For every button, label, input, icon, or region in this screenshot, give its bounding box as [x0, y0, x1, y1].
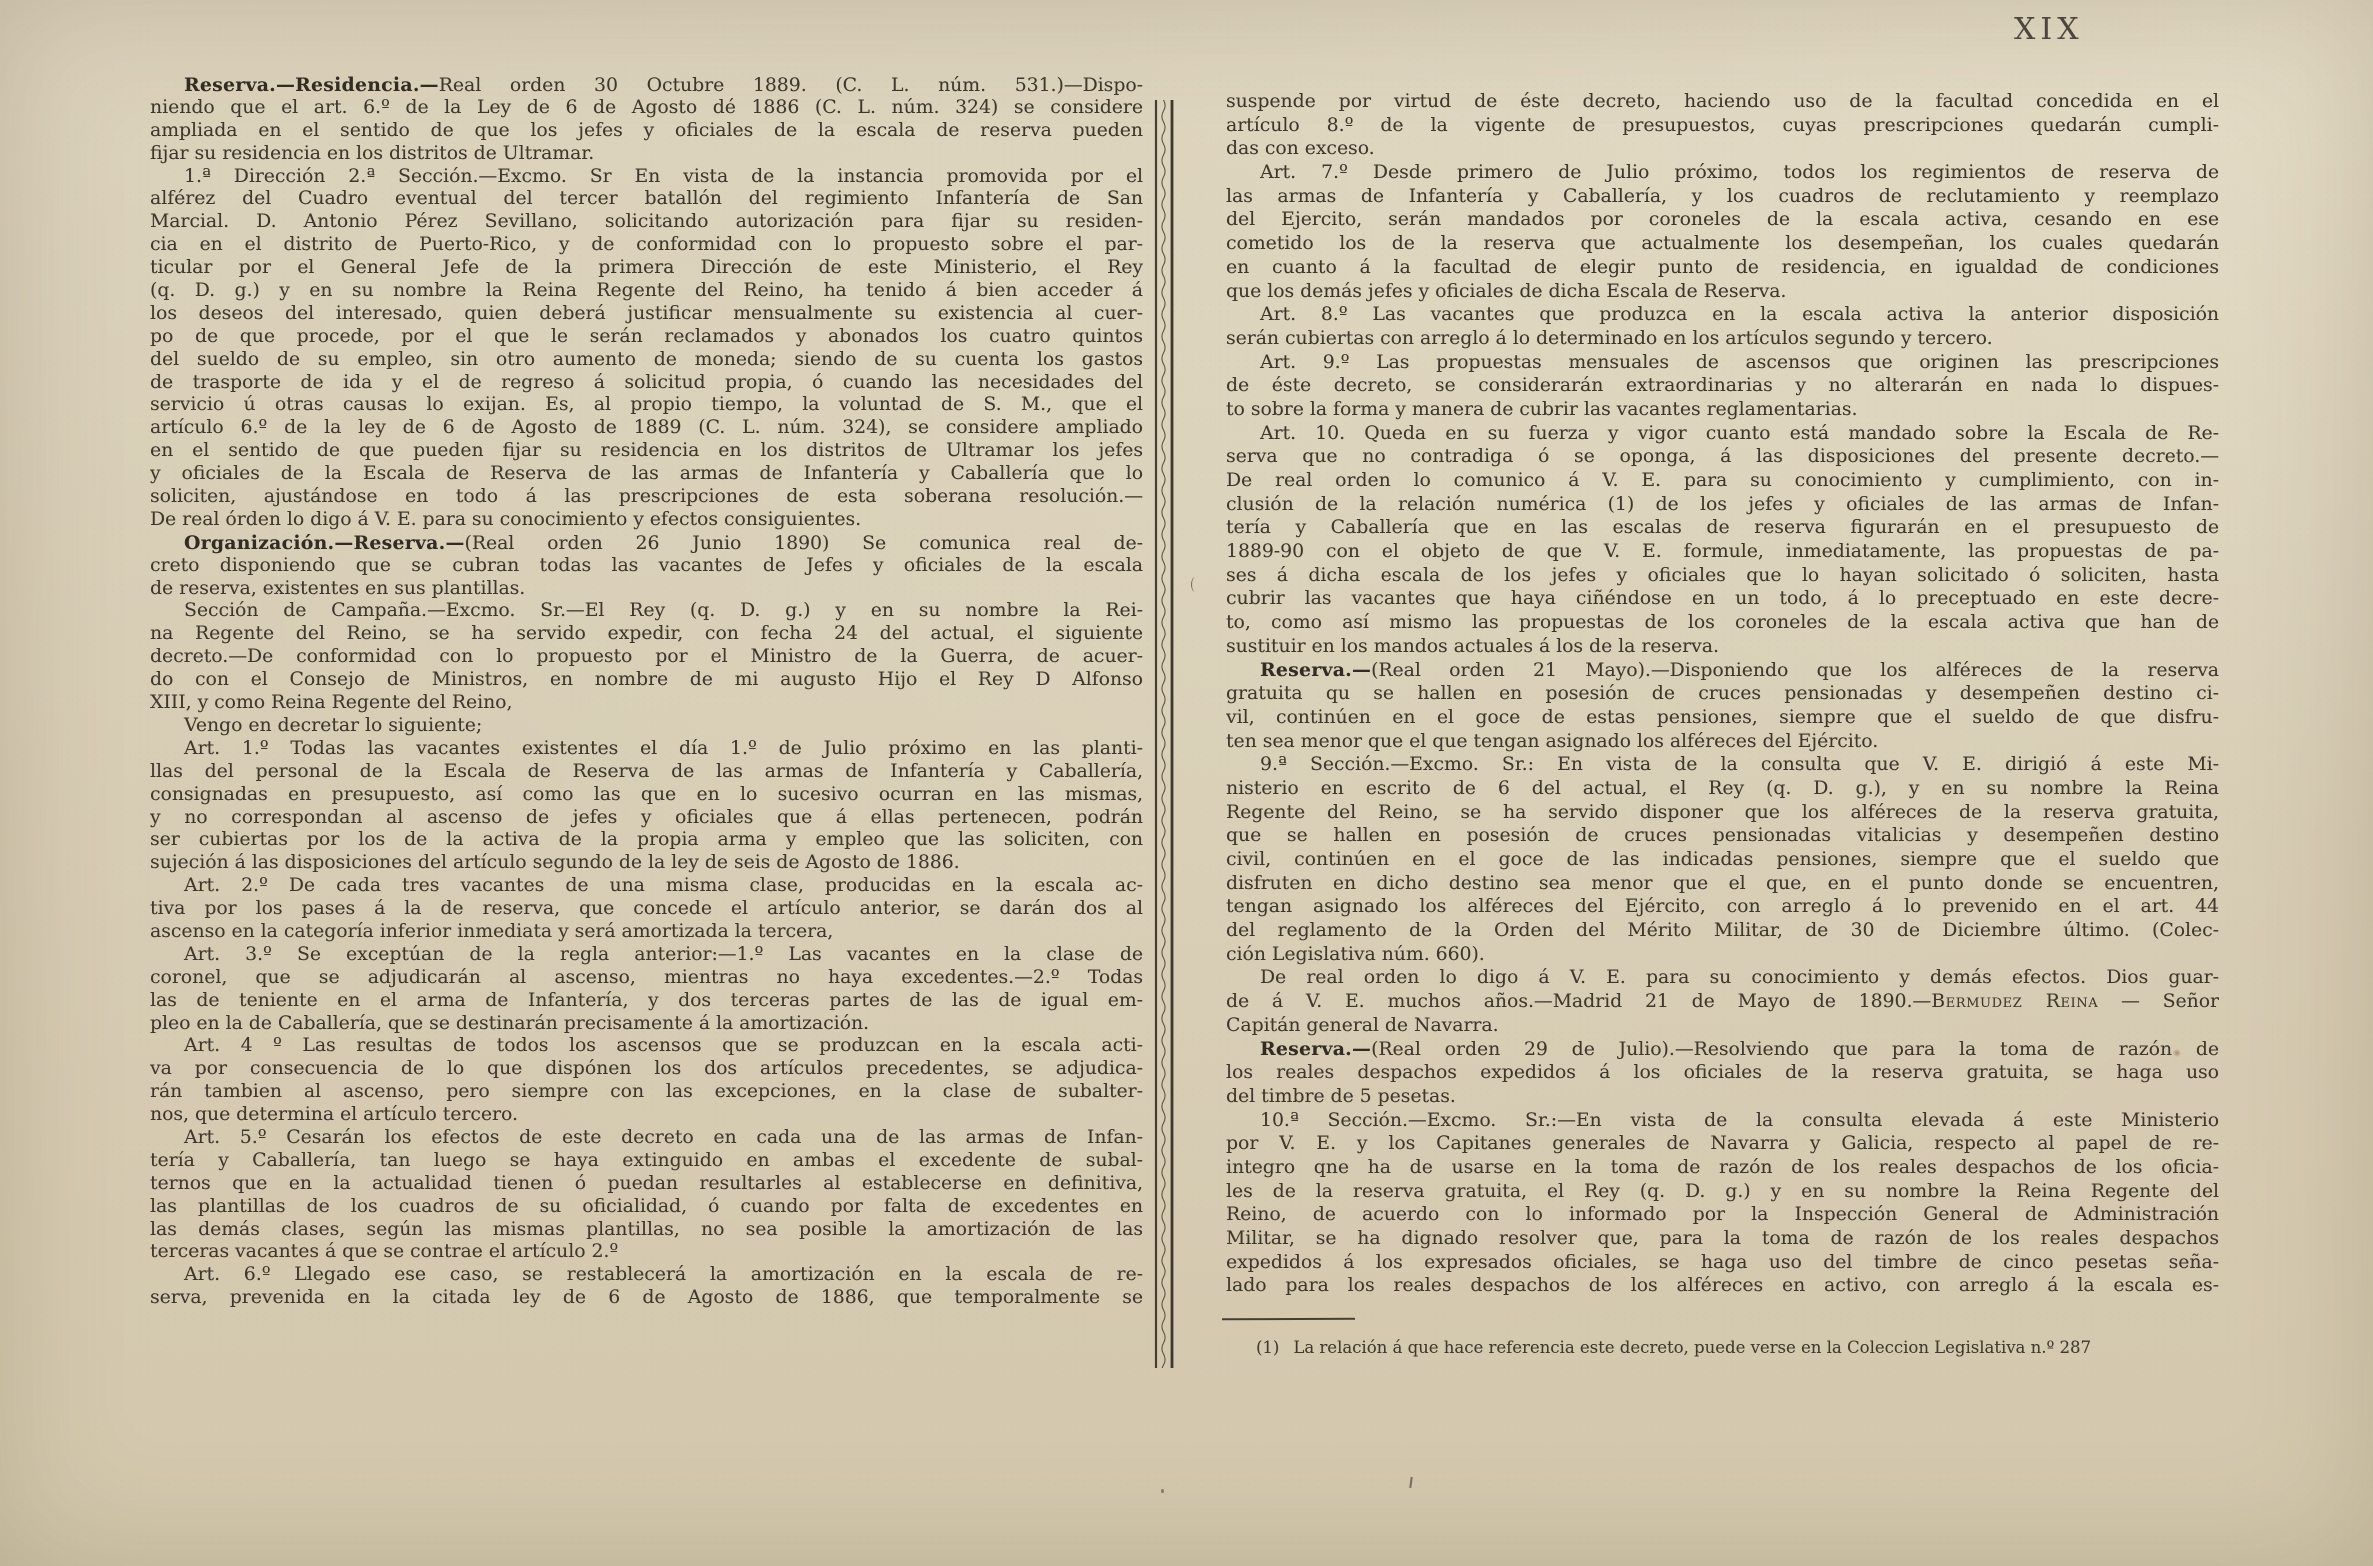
text-line: que los demás jefes y oficiales de dicha…	[1226, 280, 2219, 304]
text-line: Sección de Campaña.—Excmo. Sr.—El Rey (q…	[150, 600, 1143, 623]
text-line: disfruten en dicho destino sea menor que…	[1226, 872, 2219, 896]
text-line: los reales despachos expedidos á los ofi…	[1226, 1061, 2219, 1085]
paragraph: 10.ª Sección.—Excmo. Sr.:—En vista de la…	[1226, 1109, 2219, 1299]
text-line: Art. 1.º Todas las vacantes existentes e…	[150, 738, 1143, 761]
paragraph-lead: Reserva.—	[1260, 659, 1371, 681]
text-line: en cuanto á la facultad de elegir punto …	[1226, 256, 2219, 280]
text-line: 1.ª Dirección 2.ª Sección.—Excmo. Sr En …	[150, 166, 1143, 189]
text-line: serva, prevenida en la citada ley de 6 d…	[150, 1287, 1143, 1310]
text-line: consignadas en presupuesto, así como las…	[150, 784, 1143, 807]
text-line: y no correspondan al ascenso de jefes y …	[150, 807, 1143, 830]
text-line: po de que procede, por el que le serán r…	[150, 326, 1143, 349]
page-number: XIX	[2014, 12, 2084, 47]
text-line: cometido los de la reserva que actualmen…	[1226, 232, 2219, 256]
text-line: tengan asignado los alféreces del Ejérci…	[1226, 895, 2219, 919]
text-line: civil, continúen en el goce de las indic…	[1226, 848, 2219, 872]
paragraph: Art. 9.º Las propuestas mensuales de asc…	[1226, 351, 2219, 422]
text-line: nos, que determina el artículo tercero.	[150, 1104, 1143, 1127]
text-line: Capitán general de Navarra.	[1226, 1014, 2219, 1038]
double-rule-with-wavy-line	[1152, 100, 1176, 1368]
text-line: en el sentido de que pueden fijar su res…	[150, 440, 1143, 463]
text-line: to sobre la forma y manera de cubrir las…	[1226, 398, 2219, 422]
text-line: llas del personal de la Escala de Reserv…	[150, 761, 1143, 784]
small-caps-name: Bermudez Reina	[1931, 991, 2098, 1012]
text-line: las armas de Infantería y Caballería, y …	[1226, 185, 2219, 209]
text-line: na Regente del Reino, se ha servido expe…	[150, 623, 1143, 646]
text-line: De real orden lo comunico á V. E. para s…	[1226, 469, 2219, 493]
text-line: gratuita qu se hallen en posesión de cru…	[1226, 682, 2219, 706]
text-line: va por consecuencia de lo que dispónen l…	[150, 1058, 1143, 1081]
text-line: las de teniente en el arma de Infantería…	[150, 990, 1143, 1013]
text-line: Reserva.—(Real orden 21 Mayo).—Disponien…	[1226, 659, 2219, 683]
paragraph: Reserva.—(Real orden 29 de Julio).—Resol…	[1226, 1038, 2219, 1109]
text-line: que se hallen en posesión de cruces pens…	[1226, 824, 2219, 848]
text-line: 10.ª Sección.—Excmo. Sr.:—En vista de la…	[1226, 1109, 2219, 1133]
text-line: les de la reserva gratuita, el Rey (q. D…	[1226, 1180, 2219, 1204]
text-line: ticular por el General Jefe de la primer…	[150, 257, 1143, 280]
text-line: do con el Consejo de Ministros, en nombr…	[150, 669, 1143, 692]
text-line: ascenso en la categoría inferior inmedia…	[150, 921, 1143, 944]
text-line: Art. 3.º Se exceptúan de la regla anteri…	[150, 944, 1143, 967]
text-line: y oficiales de la Escala de Reserva de l…	[150, 463, 1143, 486]
text-line: por V. E. y los Capitanes generales de N…	[1226, 1132, 2219, 1156]
text-line: expedidos á los expresados oficiales, se…	[1226, 1251, 2219, 1275]
text-line: tería y Caballería, tan luego se haya ex…	[150, 1150, 1143, 1173]
text-line: clusión de la relación numérica (1) de l…	[1226, 493, 2219, 517]
text-line: Regente del Reino, se ha servido dispone…	[1226, 801, 2219, 825]
paragraph: Organización.—Reserva.—(Real orden 26 Ju…	[150, 532, 1143, 601]
text-line: de trasporte de ida y el de regreso á so…	[150, 372, 1143, 395]
text-line: pleo en la de Caballería, que se destina…	[150, 1013, 1143, 1036]
text-line: Reino, de acuerdo con lo informado por l…	[1226, 1203, 2219, 1227]
text-line: servicio ú otras causas lo exijan. Es, a…	[150, 394, 1143, 417]
footnote-marker: (1)	[1256, 1338, 1279, 1357]
text-line: 1889-90 con el objeto de que V. E. formu…	[1226, 540, 2219, 564]
text-line: Art. 10. Queda en su fuerza y vigor cuan…	[1226, 422, 2219, 446]
paragraph: Art. 3.º Se exceptúan de la regla anteri…	[150, 944, 1143, 1036]
text-column-left: Reserva.—Residencia.—Real orden 30 Octub…	[150, 74, 1143, 1310]
text-line: niendo que el art. 6.º de la Ley de 6 de…	[150, 97, 1143, 120]
text-line: tiva por los pases á la de reserva, que …	[150, 898, 1143, 921]
text-line: serán cubiertas con arreglo á lo determi…	[1226, 327, 2219, 351]
text-line: 9.ª Sección.—Excmo. Sr.: En vista de la …	[1226, 753, 2219, 777]
paragraph: Art. 10. Queda en su fuerza y vigor cuan…	[1226, 422, 2219, 659]
text-line: de éste decreto, se considerarán extraor…	[1226, 374, 2219, 398]
text-line: lado para los reales despachos de los al…	[1226, 1274, 2219, 1298]
text-line: das con exceso.	[1226, 137, 2219, 161]
text-line: De real orden lo digo á V. E. para su co…	[1226, 966, 2219, 990]
text-line: las plantillas de los cuadros de su ofic…	[150, 1196, 1143, 1219]
paragraph: Vengo en decretar lo siguiente;	[150, 715, 1143, 738]
text-line: terceras vacantes á que se contrae el ar…	[150, 1241, 1143, 1264]
text-line: del sueldo de su empleo, sin otro aument…	[150, 349, 1143, 372]
text-line: tería y Caballería que en las escalas de…	[1226, 516, 2219, 540]
text-line: artículo 8.º de la vigente de presupuest…	[1226, 114, 2219, 138]
text-line: cubrir las vacantes que haya ciñéndose e…	[1226, 587, 2219, 611]
text-line: ses á dicha escala de los jefes y oficia…	[1226, 564, 2219, 588]
column-divider-rule	[1152, 100, 1176, 1368]
text-line: serva que no contradiga ó se oponga, á l…	[1226, 445, 2219, 469]
footnote: (1)La relación á que hace referencia est…	[1226, 1338, 2219, 1357]
text-line: del reglamento de la Orden del Mérito Mi…	[1226, 919, 2219, 943]
paragraph: De real orden lo digo á V. E. para su co…	[1226, 966, 2219, 1037]
paragraph: Art. 7.º Desde primero de Julio próximo,…	[1226, 161, 2219, 303]
text-line: ser cubiertas por los de la activa de la…	[150, 829, 1143, 852]
text-line: coronel, que se adjudicarán al ascenso, …	[150, 967, 1143, 990]
text-line: to, como así mismo las propuestas de los…	[1226, 611, 2219, 635]
text-line: de reserva, existentes en sus plantillas…	[150, 578, 1143, 601]
paragraph: Reserva.—(Real orden 21 Mayo).—Disponien…	[1226, 659, 2219, 754]
text-line: vil, continúen en el goce de estas pensi…	[1226, 706, 2219, 730]
text-line: de á V. E. muchos años.—Madrid 21 de May…	[1226, 990, 2219, 1014]
paragraph: Art. 2.º De cada tres vacantes de una mi…	[150, 875, 1143, 944]
text-line: Militar, se ha dignado resolver que, par…	[1226, 1227, 2219, 1251]
text-column-right: suspende por virtud de éste decreto, hac…	[1226, 90, 2219, 1298]
text-line: soliciten, ajustándose en todo á las pre…	[150, 486, 1143, 509]
text-line: los deseos del interesado, quien deberá …	[150, 303, 1143, 326]
paragraph: Art. 1.º Todas las vacantes existentes e…	[150, 738, 1143, 875]
text-line: creto disponiendo que se cubran todas la…	[150, 555, 1143, 578]
text-line: ción Legislativa núm. 660).	[1226, 943, 2219, 967]
text-line: (q. D. g.) y en su nombre la Reina Regen…	[150, 280, 1143, 303]
footnote-separator	[1222, 1318, 1355, 1321]
paragraph: Art. 8.º Las vacantes que produzca en la…	[1226, 303, 2219, 350]
text-line: artículo 6.º de la ley de 6 de Agosto de…	[150, 417, 1143, 440]
footnote-text: La relación á que hace referencia este d…	[1293, 1338, 2091, 1357]
text-line: Art. 4 º Las resultas de todos los ascen…	[150, 1035, 1143, 1058]
text-line: decreto.—De conformidad con lo propuesto…	[150, 646, 1143, 669]
paragraph: suspende por virtud de éste decreto, hac…	[1226, 90, 2219, 161]
text-line: Art. 6.º Llegado ese caso, se restablece…	[150, 1264, 1143, 1287]
text-line: Vengo en decretar lo siguiente;	[150, 715, 1143, 738]
paragraph-lead: Reserva.—Residencia.—	[184, 74, 439, 96]
scan-artifact	[1161, 1489, 1164, 1493]
text-line: suspende por virtud de éste decreto, hac…	[1226, 90, 2219, 114]
text-line: Art. 7.º Desde primero de Julio próximo,…	[1226, 161, 2219, 185]
paragraph: Art. 4 º Las resultas de todos los ascen…	[150, 1035, 1143, 1127]
paragraph: Sección de Campaña.—Excmo. Sr.—El Rey (q…	[150, 600, 1143, 714]
text-line: Organización.—Reserva.—(Real orden 26 Ju…	[150, 532, 1143, 555]
text-line: ten sea menor que el que tengan asignado…	[1226, 730, 2219, 754]
text-line: Art. 2.º De cada tres vacantes de una mi…	[150, 875, 1143, 898]
paragraph: 1.ª Dirección 2.ª Sección.—Excmo. Sr En …	[150, 166, 1143, 532]
scanned-page: XIX Reserva.—Residencia.—Real orden 30 O…	[0, 0, 2373, 1566]
text-line: Art. 5.º Cesarán los efectos de este dec…	[150, 1127, 1143, 1150]
scan-artifact	[1191, 577, 1199, 592]
text-line: alférez del Cuadro eventual del tercer b…	[150, 188, 1143, 211]
text-line: XIII, y como Reina Regente del Reino,	[150, 692, 1143, 715]
paragraph: 9.ª Sección.—Excmo. Sr.: En vista de la …	[1226, 753, 2219, 966]
text-line: del Ejercito, serán mandados por coronel…	[1226, 208, 2219, 232]
text-line: nisterio en escrito de 6 del actual, el …	[1226, 777, 2219, 801]
scan-artifact	[1409, 1477, 1413, 1488]
text-line: rán tambien al ascenso, pero siempre con…	[150, 1081, 1143, 1104]
text-line: Reserva.—(Real orden 29 de Julio).—Resol…	[1226, 1038, 2219, 1062]
text-line: sujeción á las disposiciones del artícul…	[150, 852, 1143, 875]
paragraph: Art. 6.º Llegado ese caso, se restablece…	[150, 1264, 1143, 1310]
paragraph-lead: Organización.—Reserva.—	[184, 532, 465, 554]
text-line: Art. 9.º Las propuestas mensuales de asc…	[1226, 351, 2219, 375]
text-line: sustituir en los mandos actuales á los d…	[1226, 635, 2219, 659]
text-line: del timbre de 5 pesetas.	[1226, 1085, 2219, 1109]
text-line: Reserva.—Residencia.—Real orden 30 Octub…	[150, 74, 1143, 97]
text-line: De real órden lo digo á V. E. para su co…	[150, 509, 1143, 532]
text-line: integro qne ha de usarse en la toma de r…	[1226, 1156, 2219, 1180]
text-line: las demás clases, según las mismas plant…	[150, 1219, 1143, 1242]
text-line: Marcial. D. Antonio Pérez Sevillano, sol…	[150, 211, 1143, 234]
paragraph-lead: Reserva.—	[1260, 1038, 1371, 1060]
text-line: fijar su residencia en los distritos de …	[150, 143, 1143, 166]
text-line: cia en el distrito de Puerto-Rico, y de …	[150, 234, 1143, 257]
paragraph: Reserva.—Residencia.—Real orden 30 Octub…	[150, 74, 1143, 166]
text-line: Art. 8.º Las vacantes que produzca en la…	[1226, 303, 2219, 327]
text-line: ampliada en el sentido de que los jefes …	[150, 120, 1143, 143]
paragraph: Art. 5.º Cesarán los efectos de este dec…	[150, 1127, 1143, 1264]
text-line: ternos que en la actualidad tienen ó pue…	[150, 1173, 1143, 1196]
